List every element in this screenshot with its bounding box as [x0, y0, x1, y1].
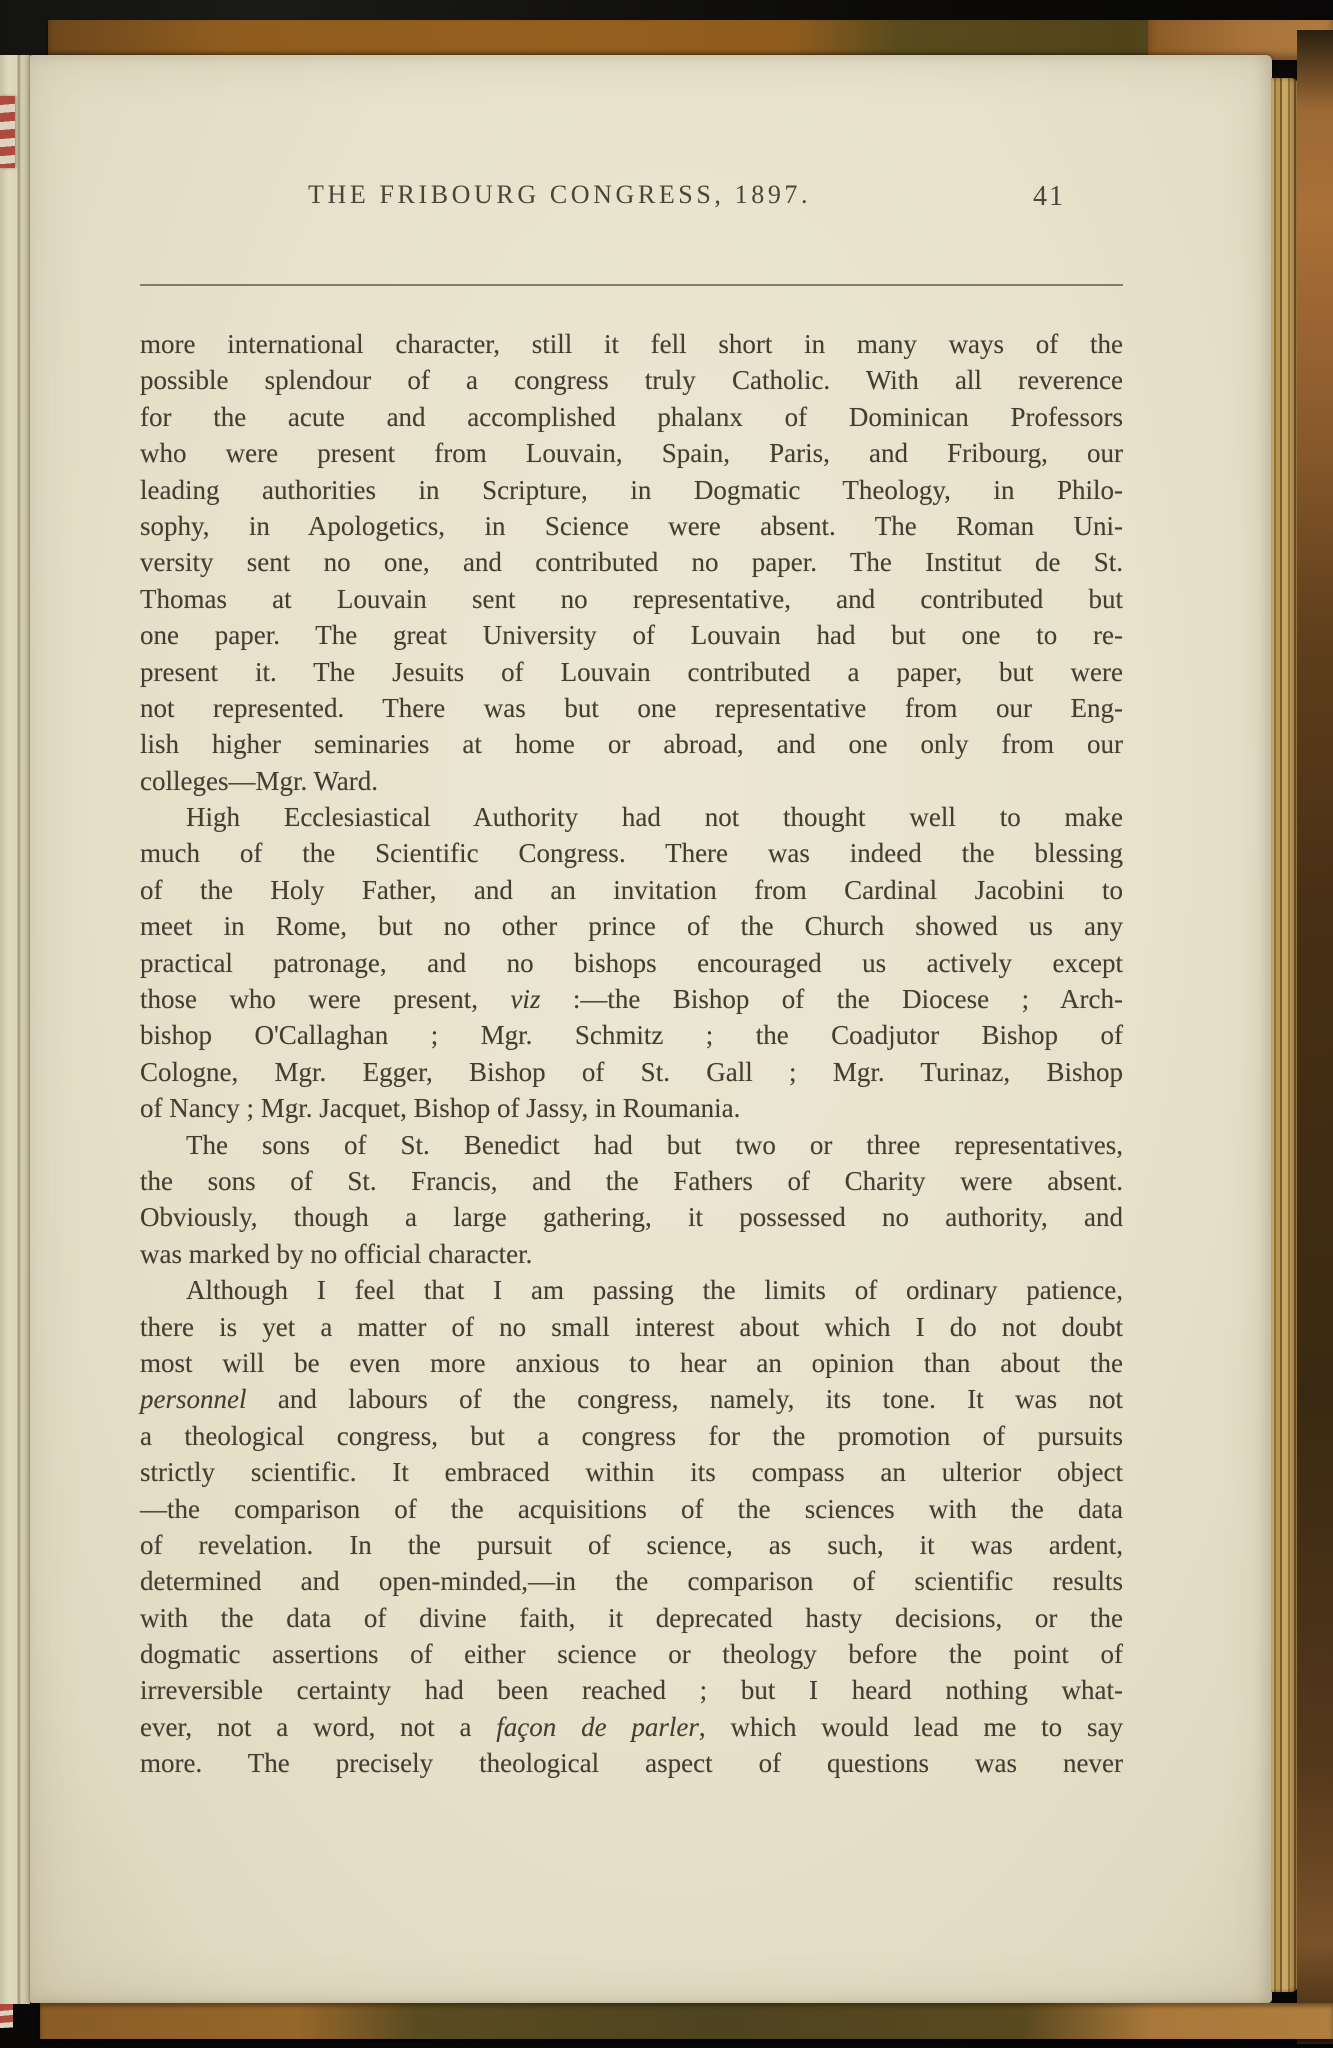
text-line: irreversible certainty had been reached … — [140, 1672, 1123, 1708]
text-line: more international character, still it f… — [140, 326, 1123, 362]
text-line: Thomas at Louvain sent no representative… — [140, 581, 1123, 617]
text-line: meet in Rome, but no other prince of the… — [140, 908, 1123, 944]
text-line: practical patronage, and no bishops enco… — [140, 945, 1123, 981]
text-line: Although I feel that I am passing the li… — [140, 1272, 1123, 1308]
text-line: ever, not a word, not a façon de parler,… — [140, 1709, 1123, 1745]
book-cover-right-edge — [1297, 30, 1333, 2044]
running-header-title: THE FRIBOURG CONGRESS, 1897. — [308, 180, 811, 210]
text-line: of Nancy ; Mgr. Jacquet, Bishop of Jassy… — [140, 1090, 1123, 1126]
text-line: versity sent no one, and contributed no … — [140, 544, 1123, 580]
text-line: personnel and labours of the congress, n… — [140, 1381, 1123, 1417]
text-line: the sons of St. Francis, and the Fathers… — [140, 1163, 1123, 1199]
text-line: present it. The Jesuits of Louvain contr… — [140, 654, 1123, 690]
text-line: Cologne, Mgr. Egger, Bishop of St. Gall … — [140, 1054, 1123, 1090]
running-header: THE FRIBOURG CONGRESS, 1897. 41 — [140, 180, 1122, 222]
page-number: 41 — [1033, 181, 1065, 213]
text-line: —the comparison of the acquisitions of t… — [140, 1491, 1123, 1527]
book-page: THE FRIBOURG CONGRESS, 1897. 41 more int… — [30, 55, 1272, 2003]
header-rule — [140, 284, 1123, 286]
text-line: much of the Scientific Congress. There w… — [140, 835, 1123, 871]
text-line: determined and open-minded,—in the compa… — [140, 1563, 1123, 1599]
paragraph: High Ecclesiastical Authority had not th… — [140, 799, 1123, 1127]
text-line: bishop O'Callaghan ; Mgr. Schmitz ; the … — [140, 1017, 1123, 1053]
text-line: with the data of divine faith, it deprec… — [140, 1600, 1123, 1636]
text-line: lish higher seminaries at home or abroad… — [140, 726, 1123, 762]
book-cover-top-edge — [48, 20, 1333, 58]
spine-headband-top — [0, 96, 15, 168]
paragraph: more international character, still it f… — [140, 326, 1123, 799]
text-line: sophy, in Apologetics, in Science were a… — [140, 508, 1123, 544]
book-cover-bottom-edge — [40, 2003, 1333, 2039]
text-line: of the Holy Father, and an invitation fr… — [140, 872, 1123, 908]
text-line: one paper. The great University of Louva… — [140, 617, 1123, 653]
scanned-book-photo: { "page": { "header": { "title": "THE FR… — [0, 0, 1333, 2048]
text-line: not represented. There was but one repre… — [140, 690, 1123, 726]
text-line: possible splendour of a congress truly C… — [140, 362, 1123, 398]
text-line: most will be even more anxious to hear a… — [140, 1345, 1123, 1381]
fore-edge-gilt-pages — [1271, 78, 1298, 1992]
text-line: of revelation. In the pursuit of science… — [140, 1527, 1123, 1563]
text-line: was marked by no official character. — [140, 1236, 1123, 1272]
text-line: The sons of St. Benedict had but two or … — [140, 1127, 1123, 1163]
spine-headband-bottom — [0, 2004, 13, 2028]
text-line: for the acute and accomplished phalanx o… — [140, 399, 1123, 435]
text-line: Obviously, though a large gathering, it … — [140, 1199, 1123, 1235]
paragraph: The sons of St. Benedict had but two or … — [140, 1127, 1123, 1273]
text-line: more. The precisely theological aspect o… — [140, 1745, 1123, 1781]
paragraph: Although I feel that I am passing the li… — [140, 1272, 1123, 1781]
text-line: dogmatic assertions of either science or… — [140, 1636, 1123, 1672]
text-line: those who were present, viz :—the Bishop… — [140, 981, 1123, 1017]
text-line: there is yet a matter of no small intere… — [140, 1309, 1123, 1345]
text-line: a theological congress, but a congress f… — [140, 1418, 1123, 1454]
page-gutter-left-edge — [0, 55, 30, 2004]
text-line: who were present from Louvain, Spain, Pa… — [140, 435, 1123, 471]
text-line: leading authorities in Scripture, in Dog… — [140, 472, 1123, 508]
text-line: High Ecclesiastical Authority had not th… — [140, 799, 1123, 835]
text-line: colleges—Mgr. Ward. — [140, 763, 1123, 799]
text-line: strictly scientific. It embraced within … — [140, 1454, 1123, 1490]
body-text: more international character, still it f… — [140, 326, 1123, 1782]
